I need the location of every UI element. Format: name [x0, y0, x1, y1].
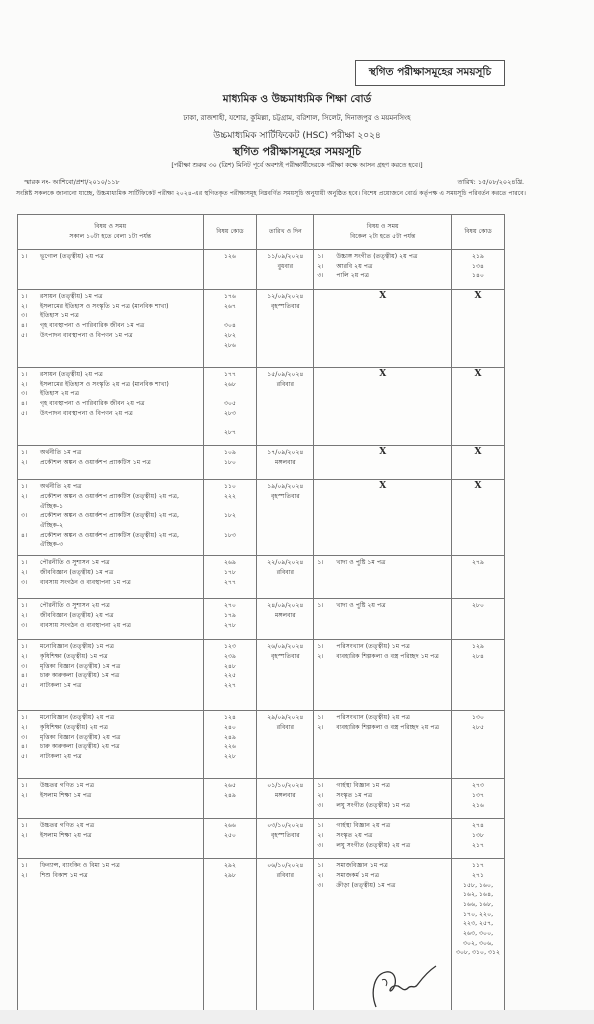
- table-row: ১।উচ্চতর গণিত ২য় পত্র২।ইসলাম শিক্ষা ২য়…: [18, 819, 505, 859]
- subject-code: ১৩৭: [455, 791, 501, 801]
- subject-code: ২৮৩: [207, 409, 254, 419]
- afternoon-subjects-cell: ১।উচ্চাঙ্গ সংগীত (তত্ত্বীয়) ২য় পত্র২।আ…: [314, 250, 452, 290]
- subject-name: ব্যবসায় সংগঠন ও ব্যবস্থাপনা ২য় পত্র: [40, 621, 200, 631]
- subject-code: ১৪০: [455, 271, 501, 281]
- date-day-cell: ১৯/০৯/২০২৪বৃহস্পতিবার: [257, 480, 314, 556]
- subject-name: পৌরনীতি ও সুশাসন ২য় পত্র: [40, 601, 200, 611]
- morning-subject-item: ১।পৌরনীতি ও সুশাসন ১ম পত্র: [21, 558, 200, 568]
- exam-day: বৃহস্পতিবার: [260, 652, 310, 662]
- item-number: ২।: [21, 871, 40, 881]
- item-number: ১।: [317, 821, 336, 831]
- subject-name: সমাজকর্ম ১ম পত্র: [336, 871, 448, 881]
- exam-date: ২৪/০৯/২০২৪: [260, 601, 310, 611]
- morning-subject-item: ২।প্রকৌশল অঙ্কন ও ওয়ার্কশপ প্র্যাকটিস ১…: [21, 458, 200, 468]
- morning-subjects-cell: ১।রসায়ন (তত্ত্বীয়) ১ম পত্র২।ইসলামের ইত…: [18, 290, 204, 368]
- page-bottom-edge: [0, 1010, 594, 1024]
- morning-codes-cell: ২৬৫২৪৯: [203, 779, 257, 819]
- item-number: ১।: [317, 713, 336, 723]
- morning-codes-cell: ২৯২২৯৮: [203, 859, 257, 1011]
- header-date: তারিখ ও দিন: [257, 215, 314, 250]
- date-day-cell: ০৬/১০/২০২৪রবিবার: [257, 859, 314, 1011]
- item-number: ৪।: [21, 531, 40, 550]
- exam-date: ২৬/০৯/২০২৪: [260, 642, 310, 652]
- item-number: ২।: [317, 831, 336, 841]
- morning-subject-item: ১।ভূগোল (তত্ত্বীয়) ২য় পত্র: [21, 252, 200, 262]
- morning-subject-item: ৩।প্রকৌশল অঙ্কন ও ওয়ার্কশপ প্র্যাকটিস (…: [21, 511, 200, 530]
- memo-number: স্মারক নং- আশিবো/প্রশা/২০১০/১১৮: [24, 177, 120, 188]
- date-day-cell: ০১/১০/২০২৪মঙ্গলবার: [257, 779, 314, 819]
- afternoon-subject-item: ২।সংস্কৃত ১ম পত্র: [317, 791, 448, 801]
- subject-name: ব্যবসায় সংগঠন ও ব্যবস্থাপনা ১ম পত্র: [40, 578, 200, 588]
- subject-name: ব্যবহারিক শিল্পকলা ও বস্ত্র পরিচ্ছদ ২য় …: [336, 723, 448, 733]
- exam-title: উচ্চমাধ্যমিক সার্টিফিকেট (HSC) পরীক্ষা ২…: [0, 128, 594, 143]
- subject-name: মনোবিজ্ঞান (তত্ত্বীয়) ১ম পত্র: [40, 642, 200, 652]
- item-number: ১।: [317, 558, 336, 568]
- subject-name: পরিসংখ্যান (তত্ত্বীয়) ১ম পত্র: [336, 642, 448, 652]
- morning-subjects-cell: ১।মনোবিজ্ঞান (তত্ত্বীয়) ১ম পত্র২।কৃষিশি…: [18, 640, 204, 711]
- morning-subject-item: ৩।ইতিহাস ১ম পত্র: [21, 311, 200, 321]
- subject-name: খাদ্য ও পুষ্টি ১ম পত্র: [336, 558, 448, 568]
- subject-code: ২৫০: [207, 831, 254, 841]
- afternoon-subject-item: ৩।লঘু সংগীত (তত্ত্বীয়) ১ম পত্র: [317, 801, 448, 811]
- morning-subjects-cell: ১।ভূগোল (তত্ত্বীয়) ২য় পত্র: [18, 250, 204, 290]
- subject-name: লঘু সংগীত (তত্ত্বীয়) ২য় পত্র: [336, 841, 448, 851]
- item-number: ৫।: [21, 752, 40, 762]
- subject-code: ১১০: [207, 482, 254, 492]
- morning-subject-item: ৩।ইতিহাস ২য় পত্র: [21, 389, 200, 399]
- subject-code: ২৮০: [455, 601, 501, 611]
- morning-subject-item: ৪।চারু কারুকলা (তত্ত্বীয়) ২য় পত্র: [21, 742, 200, 752]
- subject-name: ইসলাম শিক্ষা ২য় পত্র: [40, 831, 200, 841]
- exam-date: ০৩/১০/২০২৪: [260, 821, 310, 831]
- subject-name: প্রকৌশল অঙ্কন ও ওয়ার্কশপ প্র্যাকটিস (তত…: [40, 492, 200, 511]
- afternoon-subject-item: ২।সংস্কৃত ২য় পত্র: [317, 831, 448, 841]
- item-number: ১।: [21, 252, 40, 262]
- subject-name: উৎপাদন ব্যবস্থাপনা ও বিপণন ১ম পত্র: [40, 331, 200, 341]
- subject-name: মৃত্তিকা বিজ্ঞান (তত্ত্বীয়) ১ম পত্র: [40, 662, 200, 672]
- no-code-mark: X: [452, 290, 505, 368]
- subject-name: প্রকৌশল অঙ্কন ও ওয়ার্কশপ প্র্যাকটিস (তত…: [40, 511, 200, 530]
- subject-name: প্রকৌশল অঙ্কন ও ওয়ার্কশপ প্র্যাকটিস (তত…: [40, 531, 200, 550]
- subject-name: সংস্কৃত ২য় পত্র: [336, 831, 448, 841]
- morning-subject-item: ৪।গৃহ ব্যবস্থাপনা ও পারিবারিক জীবন ১ম পত…: [21, 321, 200, 331]
- exam-day: বৃহস্পতিবার: [260, 492, 310, 502]
- subject-code: ২৮৫: [455, 723, 501, 733]
- item-number: ২।: [21, 302, 40, 312]
- subject-name: চারু কারুকলা (তত্ত্বীয়) ২য় পত্র: [40, 742, 200, 752]
- subject-code: ২৬৬: [207, 821, 254, 831]
- subject-name: প্রকৌশল অঙ্কন ও ওয়ার্কশপ প্র্যাকটিস ১ম …: [40, 458, 200, 468]
- morning-subject-item: ৫।নাট্যকলা ১ম পত্র: [21, 681, 200, 691]
- subject-code: ২৪৮: [207, 662, 254, 672]
- subject-code: ২৭৮: [207, 621, 254, 631]
- morning-subjects-cell: ১।রসায়ন (তত্ত্বীয়) ২য় পত্র২।ইসলামের ই…: [18, 368, 204, 446]
- subject-name: উৎপাদন ব্যবস্থাপনা ও বিপণন ২য় পত্র: [40, 409, 200, 419]
- subject-name: চারু কারুকলা (তত্ত্বীয়) ১ম পত্র: [40, 671, 200, 681]
- item-number: ২।: [21, 492, 40, 511]
- intro-paragraph: সংশ্লিষ্ট সকলকে জানানো যাচ্ছে, উচ্চমাধ্য…: [16, 188, 576, 199]
- subject-code: ২৭৩: [455, 781, 501, 791]
- morning-subject-item: ২।ইসলামের ইতিহাস ও সংস্কৃতি ১ম পত্র (মান…: [21, 302, 200, 312]
- afternoon-subjects-cell: ১।গার্হস্থ্য বিজ্ঞান ২য় পত্র২।সংস্কৃত ২…: [314, 819, 452, 859]
- subject-name: ইসলামের ইতিহাস ও সংস্কৃতি ১ম পত্র (মানবি…: [40, 302, 200, 312]
- table-row: ১।অর্থনীতি ১ম পত্র২।প্রকৌশল অঙ্কন ও ওয়া…: [18, 446, 505, 480]
- subject-code: ১২৪: [207, 713, 254, 723]
- morning-subject-item: ২।ইসলাম শিক্ষা ২য় পত্র: [21, 831, 200, 841]
- exam-day: রবিবার: [260, 871, 310, 881]
- afternoon-subjects-cell: ১।খাদ্য ও পুষ্টি ১ম পত্র: [314, 556, 452, 599]
- title-badge: স্থগিত পরীক্ষাসমূহের সময়সূচি: [355, 60, 505, 86]
- afternoon-codes-cell: ২৭৯: [452, 556, 505, 599]
- subject-name: পৌরনীতি ও সুশাসন ১ম পত্র: [40, 558, 200, 568]
- table-row: ১।রসায়ন (তত্ত্বীয়) ১ম পত্র২।ইসলামের ইত…: [18, 290, 505, 368]
- exam-date: ২৯/০৯/২০২৪: [260, 713, 310, 723]
- item-number: ৫।: [21, 331, 40, 341]
- afternoon-codes-cell: ২১৯১৩৪১৪০: [452, 250, 505, 290]
- subject-name: ব্যবহারিক শিল্পকলা ও বস্ত্র পরিচ্ছদ ১ম প…: [336, 652, 448, 662]
- morning-subject-item: ৪।গৃহ ব্যবস্থাপনা ও পারিবারিক জীবন ২য় প…: [21, 399, 200, 409]
- subject-name: উচ্চতর গণিত ১ম পত্র: [40, 781, 200, 791]
- item-number: ২।: [317, 262, 336, 272]
- item-number: ২।: [21, 831, 40, 841]
- exam-date: ১৫/০৯/২০২৪: [260, 370, 310, 380]
- morning-subject-item: ৫।উৎপাদন ব্যবস্থাপনা ও বিপণন ২য় পত্র: [21, 409, 200, 419]
- item-number: ৩।: [317, 841, 336, 851]
- subject-name: নাট্যকলা ২য় পত্র: [40, 752, 200, 762]
- table-row: ১।পৌরনীতি ও সুশাসন ২য় পত্র২।জীববিজ্ঞান …: [18, 599, 505, 640]
- morning-codes-cell: ১১০২২২১৮২১৮৩: [203, 480, 257, 556]
- item-number: ১।: [317, 781, 336, 791]
- afternoon-subject-item: ১।সমাজবিজ্ঞান ১ম পত্র: [317, 861, 448, 871]
- morning-subject-item: ২।ইসলামের ইতিহাস ও সংস্কৃতি ২য় পত্র (মা…: [21, 380, 200, 390]
- afternoon-subject-item: ৩।পালি ২য় পত্র: [317, 271, 448, 281]
- table-row: ১।উচ্চতর গণিত ১ম পত্র২।ইসলাম শিক্ষা ১ম প…: [18, 779, 505, 819]
- subject-name: উচ্চতর গণিত ২য় পত্র: [40, 821, 200, 831]
- subject-code: ২৭০: [207, 601, 254, 611]
- subject-code: ২৬৫: [207, 781, 254, 791]
- item-number: ১।: [21, 642, 40, 652]
- item-number: ৩।: [21, 733, 40, 743]
- item-number: ২।: [21, 652, 40, 662]
- morning-subjects-cell: ১।পৌরনীতি ও সুশাসন ২য় পত্র২।জীববিজ্ঞান …: [18, 599, 204, 640]
- exam-note: [পরীক্ষা শুরুর ৩০ (ত্রিশ) মিনিট পূর্বে অ…: [0, 160, 594, 171]
- subject-name: গার্হস্থ্য বিজ্ঞান ২য় পত্র: [336, 821, 448, 831]
- subject-code: ২১৯: [455, 252, 501, 262]
- board-cities: ঢাকা, রাজশাহী, যশোর, কুমিল্লা, চট্টগ্রাম…: [0, 112, 594, 124]
- exam-date: ০৬/১০/২০২৪: [260, 861, 310, 871]
- subject-code: ১১৭: [455, 861, 501, 871]
- afternoon-subject-item: ১।খাদ্য ও পুষ্টি ১ম পত্র: [317, 558, 448, 568]
- morning-subject-item: ১।রসায়ন (তত্ত্বীয়) ১ম পত্র: [21, 292, 200, 302]
- table-row: ১।অর্থনীতি ২য় পত্র২।প্রকৌশল অঙ্কন ও ওয়…: [18, 480, 505, 556]
- item-number: ২।: [21, 380, 40, 390]
- morning-subject-item: ২।ইসলাম শিক্ষা ১ম পত্র: [21, 791, 200, 801]
- subject-code: ১৫৮, ১৬০, ১৬২, ১৬৪, ১৬৬, ১৬৮, ১৭০, ২২০, …: [455, 881, 501, 959]
- subject-code: ৩০৫: [207, 399, 254, 409]
- morning-subjects-cell: ১।অর্থনীতি ২য় পত্র২।প্রকৌশল অঙ্কন ও ওয়…: [18, 480, 204, 556]
- date-day-cell: ১১/০৯/২০২৪বুধবার: [257, 250, 314, 290]
- afternoon-subject-item: ৩।লঘু সংগীত (তত্ত্বীয়) ২য় পত্র: [317, 841, 448, 851]
- date-day-cell: ১৭/০৯/২০২৪মঙ্গলবার: [257, 446, 314, 480]
- subject-code: ২২৭: [207, 681, 254, 691]
- afternoon-subject-item: ২।আরবি ২য় পত্র: [317, 262, 448, 272]
- subject-code: ২৪৯: [207, 791, 254, 801]
- afternoon-subjects-cell: ১।গার্হস্থ্য বিজ্ঞান ১ম পত্র২।সংস্কৃত ১ম…: [314, 779, 452, 819]
- subject-code: ২২৬: [207, 742, 254, 752]
- morning-subjects-cell: ১।অর্থনীতি ১ম পত্র২।প্রকৌশল অঙ্কন ও ওয়া…: [18, 446, 204, 480]
- subject-code: ১৭৯: [207, 611, 254, 621]
- subject-name: কৃষিশিক্ষা (তত্ত্বীয়) ১ম পত্র: [40, 652, 200, 662]
- item-number: ১।: [21, 821, 40, 831]
- no-exam-mark: X: [314, 368, 452, 446]
- table-row: ১।মনোবিজ্ঞান (তত্ত্বীয়) ১ম পত্র২।কৃষিশি…: [18, 640, 505, 711]
- afternoon-subject-item: ১।পরিসংখ্যান (তত্ত্বীয়) ১ম পত্র: [317, 642, 448, 652]
- subject-name: গার্হস্থ্য বিজ্ঞান ১ম পত্র: [336, 781, 448, 791]
- subject-name: মনোবিজ্ঞান (তত্ত্বীয়) ২য় পত্র: [40, 713, 200, 723]
- item-number: ৩।: [21, 578, 40, 588]
- subject-name: উচ্চাঙ্গ সংগীত (তত্ত্বীয়) ২য় পত্র: [336, 252, 448, 262]
- exam-day: রবিবার: [260, 380, 310, 390]
- no-code-mark: X: [452, 446, 505, 480]
- subject-name: অর্থনীতি ২য় পত্র: [40, 482, 200, 492]
- afternoon-subjects-cell: ১।পরিসংখ্যান (তত্ত্বীয়) ১ম পত্র২।ব্যবহা…: [314, 640, 452, 711]
- subject-code: ২৬৭: [207, 302, 254, 312]
- item-number: ১।: [21, 370, 40, 380]
- subject-name: রসায়ন (তত্ত্বীয়) ১ম পত্র: [40, 292, 200, 302]
- subject-code: ২৪৯: [207, 733, 254, 743]
- afternoon-subjects-cell: ১।খাদ্য ও পুষ্টি ২য় পত্র: [314, 599, 452, 640]
- subject-name: জীববিজ্ঞান (তত্ত্বীয়) ২য় পত্র: [40, 611, 200, 621]
- subject-code: ২১৬: [455, 801, 501, 811]
- item-number: ২।: [21, 568, 40, 578]
- item-number: ১।: [21, 558, 40, 568]
- item-number: ৩।: [21, 511, 40, 530]
- subject-code: ১৩০: [455, 713, 501, 723]
- item-number: ২।: [317, 652, 336, 662]
- afternoon-subject-item: ১।গার্হস্থ্য বিজ্ঞান ২য় পত্র: [317, 821, 448, 831]
- exam-day: মঙ্গলবার: [260, 458, 310, 468]
- afternoon-codes-cell: ২৭৪১৩৮২১৭: [452, 819, 505, 859]
- subject-code: ২৬৮: [207, 380, 254, 390]
- morning-subjects-cell: ১।উচ্চতর গণিত ১ম পত্র২।ইসলাম শিক্ষা ১ম প…: [18, 779, 204, 819]
- subject-name: কৃষিশিক্ষা (তত্ত্বীয়) ২য় পত্র: [40, 723, 200, 733]
- morning-subject-item: ২।জীববিজ্ঞান (তত্ত্বীয়) ১ম পত্র: [21, 568, 200, 578]
- subject-name: আরবি ২য় পত্র: [336, 262, 448, 272]
- morning-subject-item: ৩।ব্যবসায় সংগঠন ও ব্যবস্থাপনা ১ম পত্র: [21, 578, 200, 588]
- exam-date: ১৯/০৯/২০২৪: [260, 482, 310, 492]
- item-number: ২।: [21, 611, 40, 621]
- morning-subject-item: ১।অর্থনীতি ১ম পত্র: [21, 448, 200, 458]
- morning-codes-cell: ১২৬: [203, 250, 257, 290]
- item-number: ৫।: [21, 409, 40, 419]
- issue-date: তারিখ: ১৫/০৮/২০২৪খ্রি.: [457, 177, 524, 188]
- afternoon-codes-cell: ১৩০২৮৫: [452, 711, 505, 779]
- morning-subject-item: ৫।উৎপাদন ব্যবস্থাপনা ও বিপণন ১ম পত্র: [21, 331, 200, 341]
- item-number: ১।: [21, 861, 40, 871]
- item-number: ১।: [317, 642, 336, 652]
- subject-code: ২২২: [207, 492, 254, 502]
- exam-day: রবিবার: [260, 723, 310, 733]
- item-number: ৪।: [21, 399, 40, 409]
- subject-name: ইসলামের ইতিহাস ও সংস্কৃতি ২য় পত্র (মানব…: [40, 380, 200, 390]
- item-number: ৩।: [21, 311, 40, 321]
- morning-subject-item: ১।মনোবিজ্ঞান (তত্ত্বীয়) ১ম পত্র: [21, 642, 200, 652]
- header-code: বিষয় কোড: [203, 215, 257, 250]
- subject-name: গৃহ ব্যবস্থাপনা ও পারিবারিক জীবন ২য় পত্…: [40, 399, 200, 409]
- subject-name: পরিসংখ্যান (তত্ত্বীয়) ২য় পত্র: [336, 713, 448, 723]
- morning-subject-item: ২।শিশু বিকাশ ১ম পত্র: [21, 871, 200, 881]
- subject-code: ২১৭: [455, 841, 501, 851]
- subject-name: রসায়ন (তত্ত্বীয়) ২য় পত্র: [40, 370, 200, 380]
- item-number: ১।: [21, 713, 40, 723]
- subject-code: ১৩৪: [455, 262, 501, 272]
- subject-name: ইতিহাস ২য় পত্র: [40, 389, 200, 399]
- subject-code: ১৭৮: [207, 568, 254, 578]
- morning-codes-cell: ২৬৯১৭৮২৭৭: [203, 556, 257, 599]
- subject-code: ২৯৮: [207, 871, 254, 881]
- subject-name: ইতিহাস ১ম পত্র: [40, 311, 200, 321]
- no-exam-mark: X: [314, 446, 452, 480]
- morning-codes-cell: ২৬৬২৫০: [203, 819, 257, 859]
- table-row: ১।রসায়ন (তত্ত্বীয়) ২য় পত্র২।ইসলামের ই…: [18, 368, 505, 446]
- table-row: ১।পৌরনীতি ও সুশাসন ১ম পত্র২।জীববিজ্ঞান (…: [18, 556, 505, 599]
- afternoon-subjects-cell: ১।পরিসংখ্যান (তত্ত্বীয়) ২য় পত্র২।ব্যবহ…: [314, 711, 452, 779]
- subject-name: সংস্কৃত ১ম পত্র: [336, 791, 448, 801]
- morning-codes-cell: ১৭৭২৬৮৩০৫২৮৩২৮৭: [203, 368, 257, 446]
- item-number: ৫।: [21, 681, 40, 691]
- date-day-cell: ০৩/১০/২০২৪বৃহস্পতিবার: [257, 819, 314, 859]
- morning-subject-item: ৩।মৃত্তিকা বিজ্ঞান (তত্ত্বীয়) ২য় পত্র: [21, 733, 200, 743]
- subject-code: ২৭৭: [207, 578, 254, 588]
- afternoon-subject-item: ১।উচ্চাঙ্গ সংগীত (তত্ত্বীয়) ২য় পত্র: [317, 252, 448, 262]
- exam-day: রবিবার: [260, 568, 310, 578]
- item-number: ১।: [21, 448, 40, 458]
- morning-subjects-cell: ১।উচ্চতর গণিত ২য় পত্র২।ইসলাম শিক্ষা ২য়…: [18, 819, 204, 859]
- item-number: ২।: [21, 791, 40, 801]
- exam-date: ০১/১০/২০২৪: [260, 781, 310, 791]
- morning-codes-cell: ১৭৬২৬৭৩০৪২৮২২৮৬: [203, 290, 257, 368]
- item-number: ২।: [317, 871, 336, 881]
- table-row: ১।ভূগোল (তত্ত্বীয়) ২য় পত্র১২৬১১/০৯/২০২…: [18, 250, 505, 290]
- exam-date: ১৭/০৯/২০২৪: [260, 448, 310, 458]
- date-day-cell: ১২/০৯/২০২৪বৃহস্পতিবার: [257, 290, 314, 368]
- subject-code: ৩০৪: [207, 321, 254, 331]
- exam-day: বৃহস্পতিবার: [260, 831, 310, 841]
- subject-code: ১৭৭: [207, 370, 254, 380]
- afternoon-subject-item: ১।গার্হস্থ্য বিজ্ঞান ১ম পত্র: [317, 781, 448, 791]
- subject-name: সমাজবিজ্ঞান ১ম পত্র: [336, 861, 448, 871]
- exam-day: মঙ্গলবার: [260, 611, 310, 621]
- subject-code: ২৭৯: [455, 558, 501, 568]
- subject-name: অর্থনীতি ১ম পত্র: [40, 448, 200, 458]
- item-number: ১।: [317, 252, 336, 262]
- no-code-mark: X: [452, 480, 505, 556]
- afternoon-subject-item: ২।সমাজকর্ম ১ম পত্র: [317, 871, 448, 881]
- item-number: ১।: [21, 482, 40, 492]
- morning-subject-item: ৩।ব্যবসায় সংগঠন ও ব্যবস্থাপনা ২য় পত্র: [21, 621, 200, 631]
- signature-mark: [368, 962, 438, 1012]
- subject-name: লঘু সংগীত (তত্ত্বীয়) ১ম পত্র: [336, 801, 448, 811]
- item-number: ৩।: [317, 801, 336, 811]
- subject-name: ইসলাম শিক্ষা ১ম পত্র: [40, 791, 200, 801]
- header-morning: বিষয় ও সময় সকাল ১০টা হতে বেলা ১টা পর্য…: [18, 215, 204, 250]
- morning-subject-item: ১।ফিন্যান্স, ব্যাংকিং ও বিমা ১ম পত্র: [21, 861, 200, 871]
- subject-name: ফিন্যান্স, ব্যাংকিং ও বিমা ১ম পত্র: [40, 861, 200, 871]
- morning-subject-item: ৫।নাট্যকলা ২য় পত্র: [21, 752, 200, 762]
- subject-name: খাদ্য ও পুষ্টি ২য় পত্র: [336, 601, 448, 611]
- morning-subject-item: ১।উচ্চতর গণিত ১ম পত্র: [21, 781, 200, 791]
- no-exam-mark: X: [314, 480, 452, 556]
- afternoon-codes-cell: ১২৯২৮৪: [452, 640, 505, 711]
- item-number: ৪।: [21, 671, 40, 681]
- subject-name: ক্রীড়া (তত্ত্বীয়) ১ম পত্র: [336, 881, 448, 891]
- morning-subject-item: ২।প্রকৌশল অঙ্কন ও ওয়ার্কশপ প্র্যাকটিস (…: [21, 492, 200, 511]
- morning-subject-item: ১।রসায়ন (তত্ত্বীয়) ২য় পত্র: [21, 370, 200, 380]
- exam-day: বৃহস্পতিবার: [260, 302, 310, 312]
- item-number: ১।: [317, 861, 336, 871]
- afternoon-codes-cell: ১১৭২৭১১৫৮, ১৬০, ১৬২, ১৬৪, ১৬৬, ১৬৮, ১৭০,…: [452, 859, 505, 1011]
- item-number: ১।: [21, 292, 40, 302]
- subject-name: নাট্যকলা ১ম পত্র: [40, 681, 200, 691]
- morning-subject-item: ২।কৃষিশিক্ষা (তত্ত্বীয়) ২য় পত্র: [21, 723, 200, 733]
- subject-code: ২৬৯: [207, 558, 254, 568]
- item-number: ২।: [317, 723, 336, 733]
- subject-name: শিশু বিকাশ ১ম পত্র: [40, 871, 200, 881]
- subject-code: ২৮৭: [207, 428, 254, 438]
- header-afternoon: বিষয় ও সময় বিকেল ২টা হতে ৫টা পর্যন্ত: [314, 215, 452, 250]
- subject-code: ১২৬: [207, 252, 254, 262]
- exam-day: মঙ্গলবার: [260, 791, 310, 801]
- subject-code: ১২৯: [455, 642, 501, 652]
- subject-name: গৃহ ব্যবস্থাপনা ও পারিবারিক জীবন ১ম পত্র: [40, 321, 200, 331]
- morning-subject-item: ১।উচ্চতর গণিত ২য় পত্র: [21, 821, 200, 831]
- item-number: ২।: [21, 458, 40, 468]
- afternoon-codes-cell: ২৭৩১৩৭২১৬: [452, 779, 505, 819]
- exam-date: ১২/০৯/২০২৪: [260, 292, 310, 302]
- morning-subject-item: ২।জীববিজ্ঞান (তত্ত্বীয়) ২য় পত্র: [21, 611, 200, 621]
- afternoon-codes-cell: ২৮০: [452, 599, 505, 640]
- morning-codes-cell: ১২৩২৩৯২৪৮২২৫২২৭: [203, 640, 257, 711]
- subject-code: ১৮৩: [207, 531, 254, 541]
- afternoon-subject-item: ৩।ক্রীড়া (তত্ত্বীয়) ১ম পত্র: [317, 881, 448, 891]
- table-row: ১।মনোবিজ্ঞান (তত্ত্বীয়) ২য় পত্র২।কৃষিশ…: [18, 711, 505, 779]
- exam-day: বুধবার: [260, 262, 310, 272]
- date-day-cell: ২৬/০৯/২০২৪বৃহস্পতিবার: [257, 640, 314, 711]
- subject-name: মৃত্তিকা বিজ্ঞান (তত্ত্বীয়) ২য় পত্র: [40, 733, 200, 743]
- board-name: মাধ্যমিক ও উচ্চমাধ্যমিক শিক্ষা বোর্ড: [0, 92, 594, 109]
- morning-subject-item: ২।কৃষিশিক্ষা (তত্ত্বীয়) ১ম পত্র: [21, 652, 200, 662]
- subject-code: ১২৩: [207, 642, 254, 652]
- subject-code: ২৪০: [207, 723, 254, 733]
- subject-code: ২৭১: [455, 871, 501, 881]
- subject-code: ২৭৪: [455, 821, 501, 831]
- subject-name: জীববিজ্ঞান (তত্ত্বীয়) ১ম পত্র: [40, 568, 200, 578]
- afternoon-subject-item: ১।পরিসংখ্যান (তত্ত্বীয়) ২য় পত্র: [317, 713, 448, 723]
- subject-code: ১০৯: [207, 448, 254, 458]
- afternoon-subject-item: ২।ব্যবহারিক শিল্পকলা ও বস্ত্র পরিচ্ছদ ২য…: [317, 723, 448, 733]
- morning-codes-cell: ১০৯১৮০: [203, 446, 257, 480]
- subject-code: ১৮০: [207, 458, 254, 468]
- morning-codes-cell: ২৭০১৭৯২৭৮: [203, 599, 257, 640]
- item-number: ৪।: [21, 321, 40, 331]
- item-number: ১।: [21, 781, 40, 791]
- schedule-table: বিষয় ও সময় সকাল ১০টা হতে বেলা ১টা পর্য…: [17, 214, 505, 1011]
- exam-date: ১১/০৯/২০২৪: [260, 252, 310, 262]
- item-number: ২।: [21, 723, 40, 733]
- item-number: ১।: [21, 601, 40, 611]
- morning-subject-item: ১।মনোবিজ্ঞান (তত্ত্বীয়) ২য় পত্র: [21, 713, 200, 723]
- morning-subject-item: ১।অর্থনীতি ২য় পত্র: [21, 482, 200, 492]
